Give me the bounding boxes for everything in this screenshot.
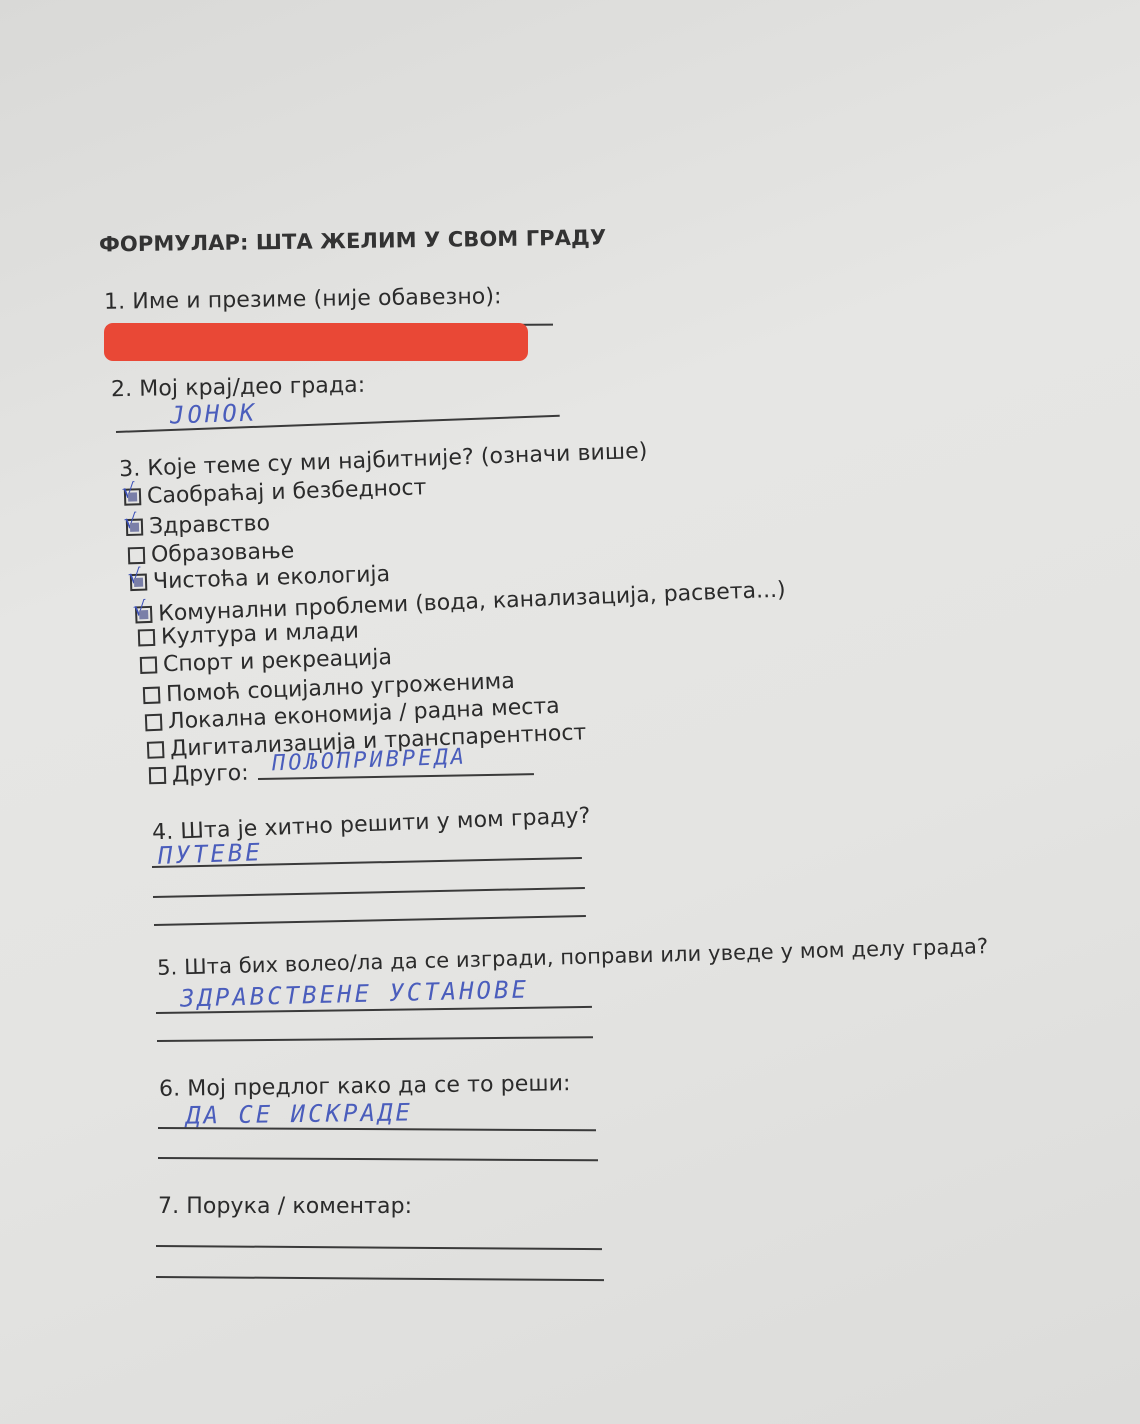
checkbox-checked-icon[interactable]: √ bbox=[135, 606, 153, 624]
q6-answer-line-2 bbox=[158, 1157, 598, 1161]
checkbox-empty-icon[interactable] bbox=[149, 767, 166, 784]
q4-answer-line-2 bbox=[153, 887, 585, 898]
q3-option[interactable]: Спорт и рекреација bbox=[140, 645, 393, 678]
handwritten-check-icon: √ bbox=[127, 564, 140, 588]
q3-option[interactable]: Друго: bbox=[149, 761, 249, 789]
q3-option[interactable]: √Здравство bbox=[126, 511, 271, 540]
checkbox-checked-icon[interactable]: √ bbox=[126, 519, 143, 536]
q3-option-label: Спорт и рекреација bbox=[163, 645, 393, 677]
handwritten-check-icon: √ bbox=[133, 596, 147, 620]
q2-label: 2. Мој крај/део града: bbox=[111, 373, 366, 402]
checkbox-empty-icon[interactable] bbox=[140, 656, 158, 674]
q7-answer-line-1 bbox=[156, 1245, 602, 1250]
checkbox-checked-icon[interactable]: √ bbox=[130, 574, 148, 592]
checkbox-empty-icon[interactable] bbox=[147, 741, 165, 759]
q7-label: 7. Порука / коментар: bbox=[158, 1194, 412, 1219]
q3-option-label: Култура и млади bbox=[161, 619, 360, 650]
q3-option-label: Друго: bbox=[172, 761, 249, 788]
q3-option-label: Саобраћај и безбедност bbox=[147, 475, 427, 509]
checkbox-empty-icon[interactable] bbox=[145, 714, 163, 732]
checkbox-empty-icon[interactable] bbox=[138, 629, 156, 647]
checkbox-empty-icon[interactable] bbox=[143, 686, 161, 704]
form-title: ФОРМУЛАР: ШТА ЖЕЛИМ У СВОМ ГРАДУ bbox=[99, 225, 606, 256]
name-redaction bbox=[104, 323, 528, 361]
q6-label: 6. Мој предлог како да се то реши: bbox=[159, 1071, 571, 1102]
q1-label: 1. Име и презиме (није обавезно): bbox=[104, 284, 502, 315]
q4-answer-line-3 bbox=[154, 915, 586, 926]
form-page: ФОРМУЛАР: ШТА ЖЕЛИМ У СВОМ ГРАДУ 1. Име … bbox=[0, 0, 1140, 1424]
checkbox-empty-icon[interactable] bbox=[128, 547, 145, 564]
q3-other-answer[interactable]: ПОЉОПРИВРЕДА bbox=[272, 745, 468, 777]
q2-answer[interactable]: ЈОНОК bbox=[170, 398, 258, 429]
q3-option-label: Образовање bbox=[151, 539, 295, 568]
q3-option[interactable]: Образовање bbox=[128, 539, 295, 569]
q5-label: 5. Шта бих волео/ла да се изгради, попра… bbox=[157, 934, 989, 980]
q6-answer-1[interactable]: ДА СЕ ИСКРАДЕ bbox=[186, 1098, 413, 1129]
q5-answer-line-2 bbox=[157, 1036, 593, 1042]
handwritten-check-icon: √ bbox=[124, 509, 137, 533]
handwritten-check-icon: √ bbox=[121, 478, 134, 502]
q3-option-label: Чистоћа и екологија bbox=[153, 562, 391, 594]
q6-answer-line-1 bbox=[158, 1127, 596, 1131]
q3-option-label: Здравство bbox=[149, 511, 271, 539]
checkbox-checked-icon[interactable]: √ bbox=[124, 488, 142, 506]
q7-answer-line-2 bbox=[156, 1276, 604, 1281]
